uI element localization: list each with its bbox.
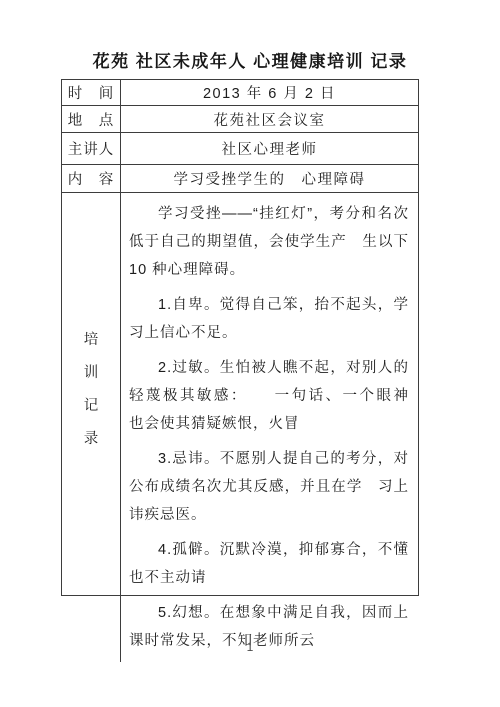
speaker-value: 社区心理老师 [121, 133, 418, 164]
time-value: 2013 年 6 月 2 日 [121, 80, 418, 105]
record-paragraph-item3: 3.忌讳。不愿别人提自己的考分，对公布成绩名次尤其反感，并且在学 习上讳疾忌医。 [129, 445, 409, 529]
table-row-speaker: 主讲人 社区心理老师 [62, 133, 418, 165]
document-page: 花苑 社区未成年人 心理健康培训 记录 时 间 2013 年 6 月 2 日 地… [0, 0, 500, 707]
table-row-record: 培 训 记 录 学习受挫——“挂红灯”，考分和名次低于自己的期望值，会使学生产 … [62, 193, 418, 662]
record-content: 学习受挫——“挂红灯”，考分和名次低于自己的期望值，会使学生产 生以下 10 种… [121, 193, 418, 662]
record-paragraph-item1: 1.自卑。觉得自己笨，抬不起头，学习上信心不足。 [129, 291, 409, 347]
time-label: 时 间 [62, 80, 121, 105]
record-label-char: 录 [84, 427, 99, 448]
table-row-place: 地 点 花苑社区会议室 [62, 106, 418, 133]
record-paragraph-item2: 2.过敏。生怕被人瞧不起，对别人的轻蔑极其敏感： 一句话、一个眼神 也会使其猜疑… [129, 354, 409, 438]
topic-value: 学习受挫学生的 心理障碍 [121, 165, 418, 192]
record-label-char: 训 [84, 361, 99, 382]
record-paragraph-item4: 4.孤僻。沉默冷漠，抑郁寡合，不懂也不主动请 [129, 536, 409, 592]
record-label-char: 记 [84, 394, 99, 415]
page-title: 花苑 社区未成年人 心理健康培训 记录 [0, 0, 500, 74]
place-value: 花苑社区会议室 [121, 106, 418, 132]
record-label: 培 训 记 录 [62, 193, 121, 662]
table-row-topic: 内 容 学习受挫学生的 心理障碍 [62, 165, 418, 193]
place-label: 地 点 [62, 106, 121, 132]
table-row-time: 时 间 2013 年 6 月 2 日 [62, 80, 418, 106]
page-number: 1 [0, 640, 500, 654]
training-record-table: 时 间 2013 年 6 月 2 日 地 点 花苑社区会议室 主讲人 社区心理老… [61, 79, 419, 596]
record-label-char: 培 [84, 328, 99, 349]
speaker-label: 主讲人 [62, 133, 121, 164]
topic-label: 内 容 [62, 165, 121, 192]
record-paragraph-intro: 学习受挫——“挂红灯”，考分和名次低于自己的期望值，会使学生产 生以下 10 种… [129, 200, 409, 284]
